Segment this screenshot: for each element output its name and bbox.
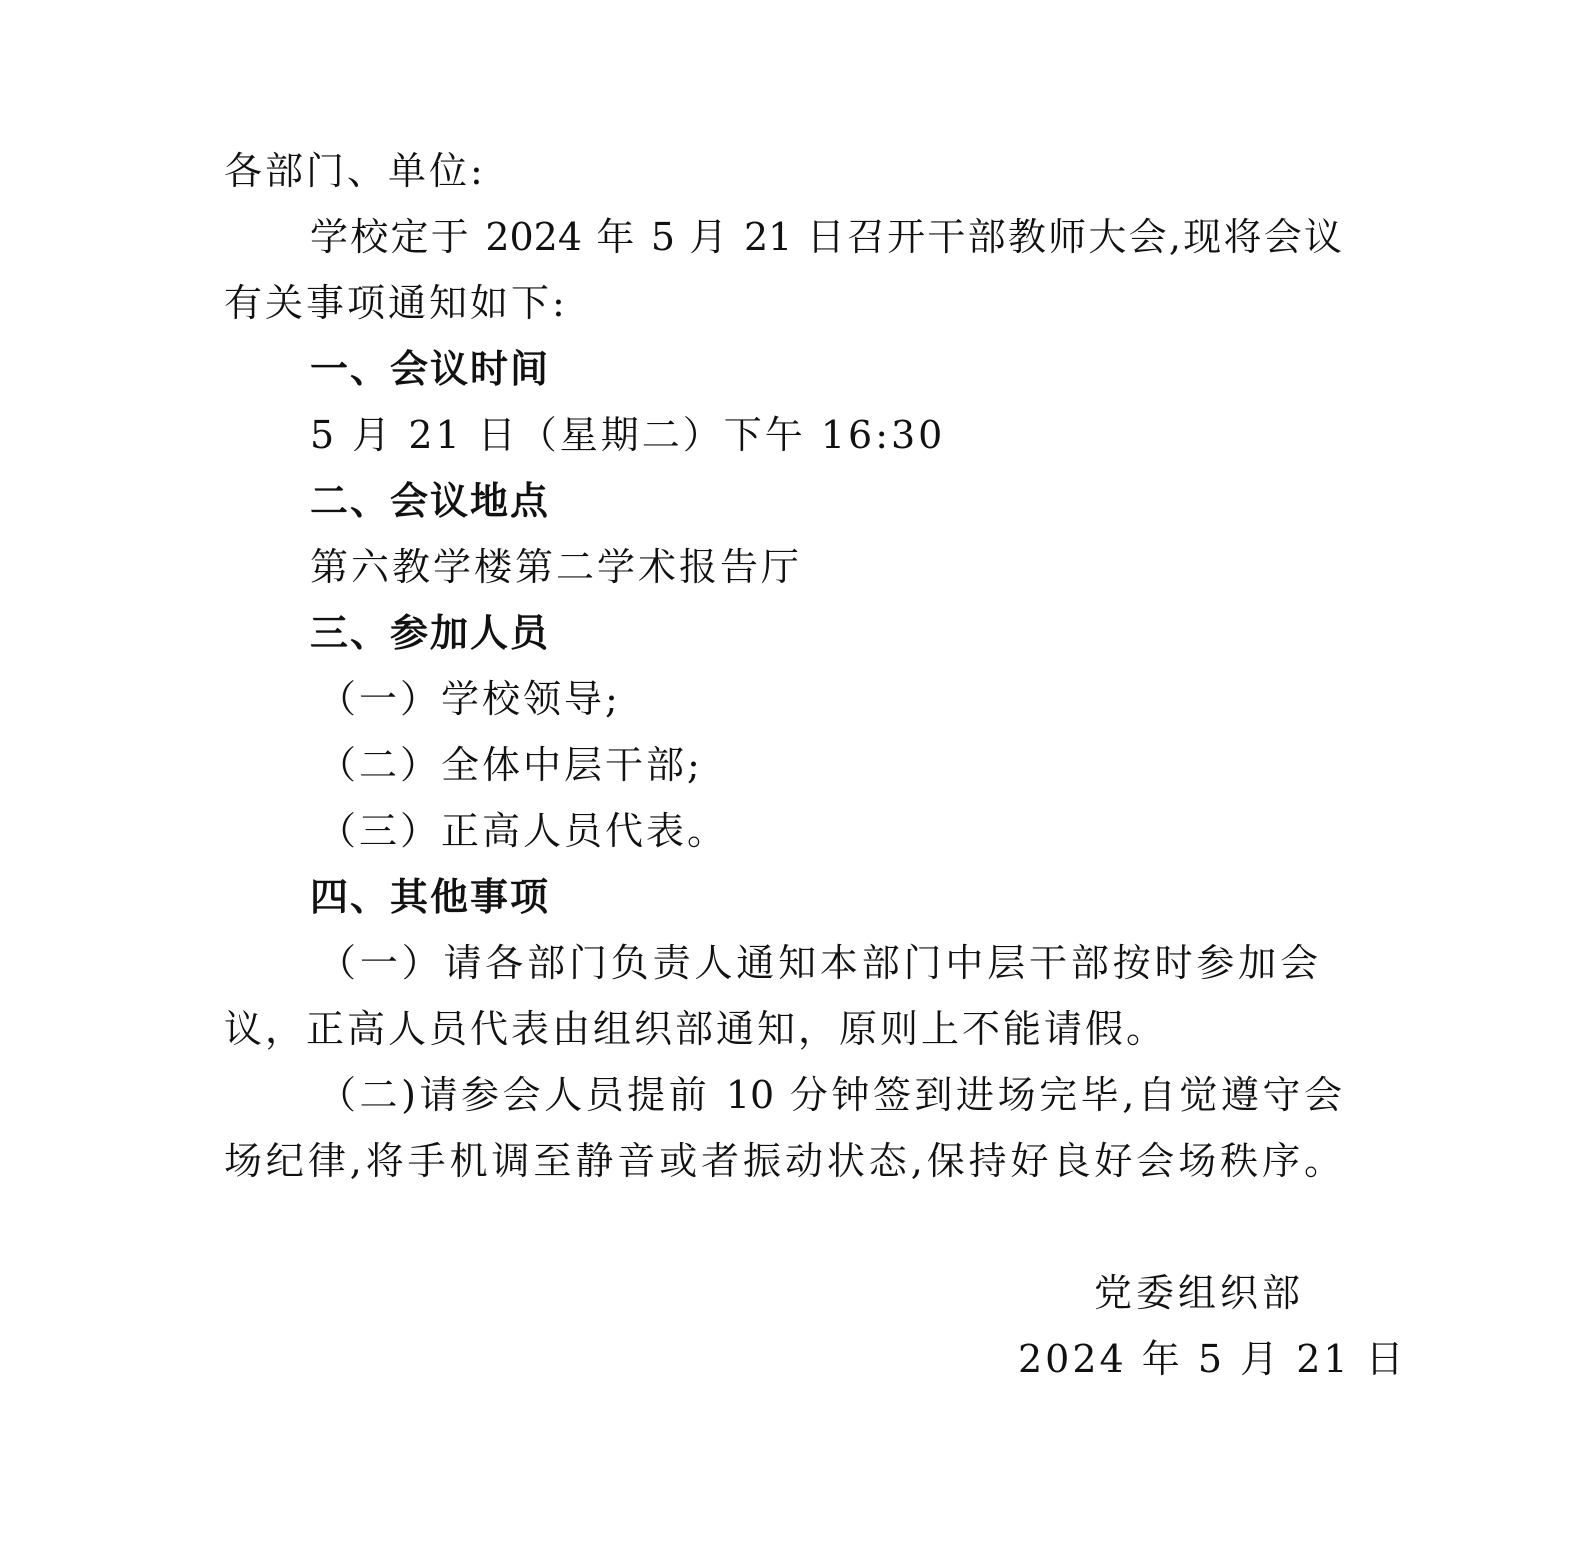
section-heading-attendees: 三、参加人员 — [310, 610, 550, 656]
section-heading-other: 四、其他事项 — [310, 874, 550, 920]
meeting-time: 5 月 21 日（星期二）下午 16:30 — [310, 412, 945, 458]
intro-line-2: 有关事项通知如下: — [224, 280, 568, 326]
document-page: 各部门、单位: 学校定于 2024 年 5 月 21 日召开干部教师大会,现将会… — [0, 0, 1587, 1546]
attendee-item: （一）学校领导; — [318, 676, 621, 722]
signature-date: 2024 年 5 月 21 日 — [1018, 1336, 1407, 1382]
section-heading-time: 一、会议时间 — [310, 346, 550, 392]
other-item-2-line-1: （二)请参会人员提前 10 分钟签到进场完毕,自觉遵守会 — [318, 1072, 1342, 1118]
intro-line-1: 学校定于 2024 年 5 月 21 日召开干部教师大会,现将会议 — [310, 214, 1342, 260]
attendee-item: （三）正高人员代表。 — [318, 808, 728, 854]
section-heading-location: 二、会议地点 — [310, 478, 550, 524]
signature-department: 党委组织部 — [1094, 1270, 1304, 1316]
other-item-2-line-2: 场纪律,将手机调至静音或者振动状态,保持好良好会场秩序。 — [224, 1138, 1342, 1184]
salutation: 各部门、单位: — [224, 148, 486, 194]
other-item-1-line-1: （一）请各部门负责人通知本部门中层干部按时参加会 — [318, 940, 1318, 986]
attendee-item: （二）全体中层干部; — [318, 742, 703, 788]
meeting-location: 第六教学楼第二学术报告厅 — [310, 544, 802, 590]
other-item-1-line-2: 议，正高人员代表由组织部通知，原则上不能请假。 — [224, 1006, 1167, 1052]
